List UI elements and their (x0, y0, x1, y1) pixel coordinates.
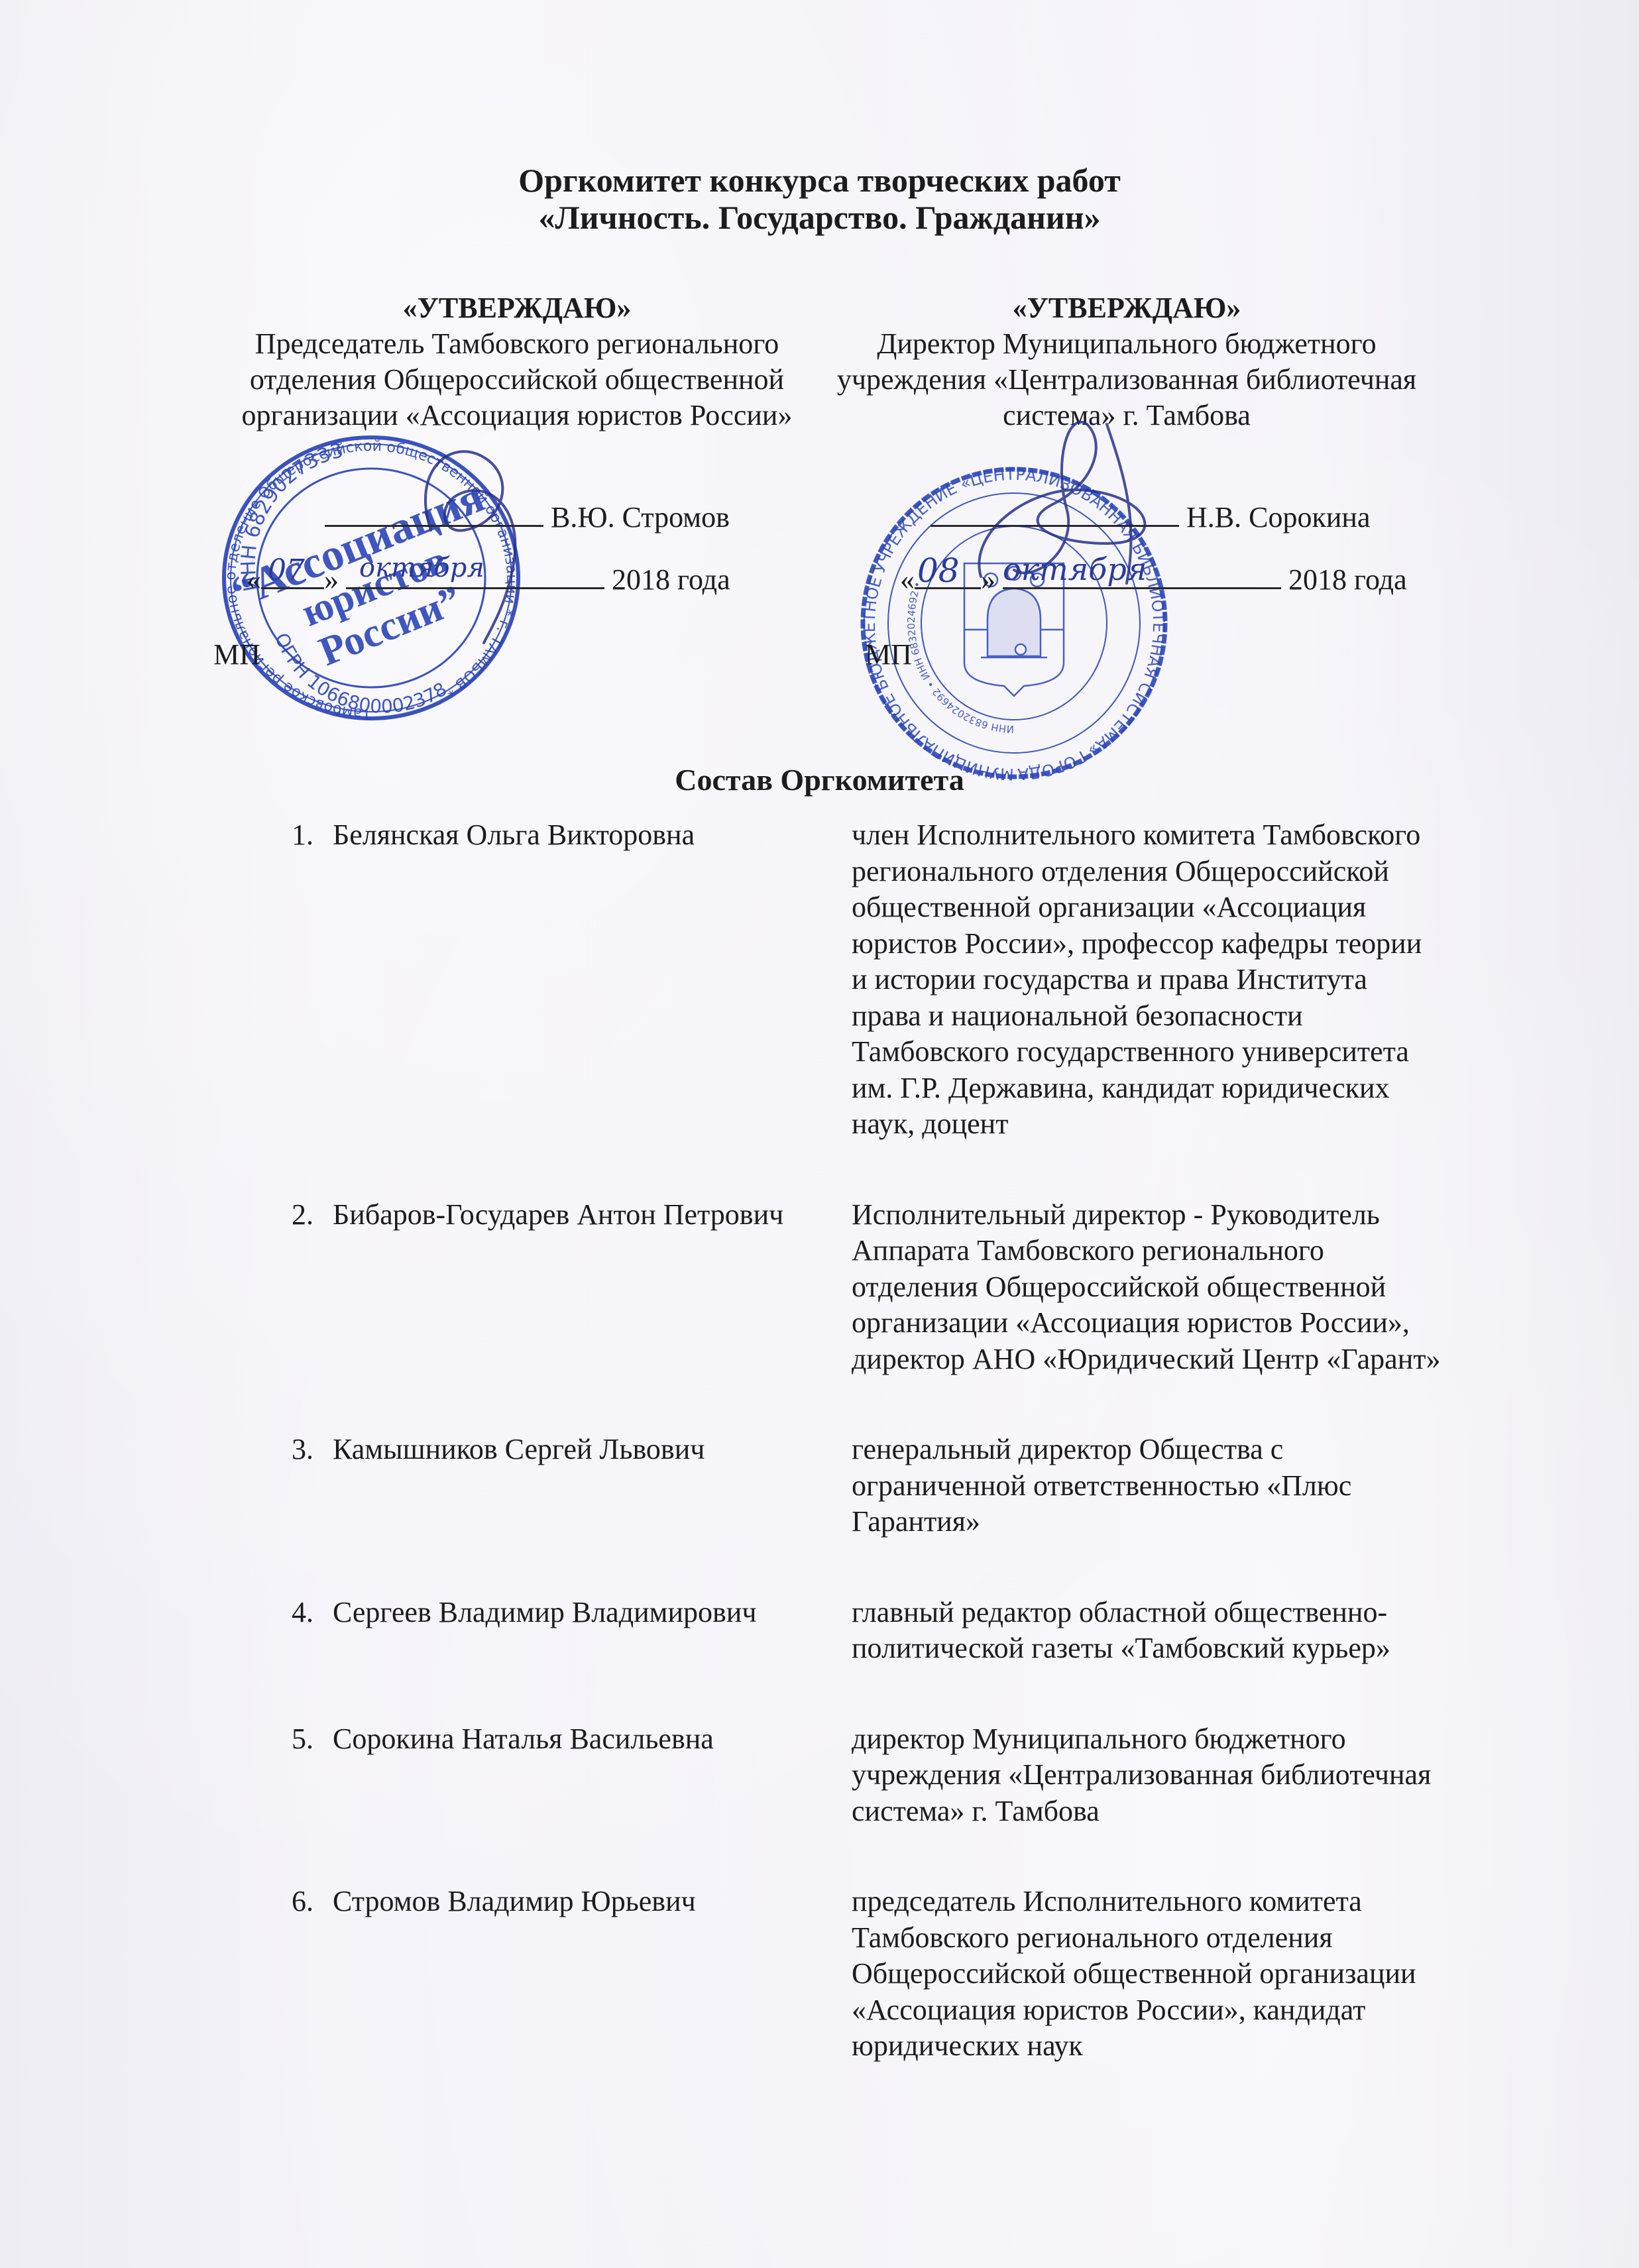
member-number: 3. (292, 1432, 331, 1468)
date-month-field: октября (346, 561, 604, 589)
date-day-field: 08 (915, 561, 981, 589)
member-description-line: учреждения «Централизованная библиотечна… (852, 1757, 1501, 1793)
date-line-right: «08» октября 2018 года (900, 561, 1407, 598)
member-description-line: Тамбовского государственного университет… (852, 1034, 1501, 1070)
seal-label-left: МП (213, 638, 260, 671)
signature-field-right (931, 498, 1179, 527)
member-number: 6. (292, 1884, 331, 1920)
date-month-handwritten: октября (1003, 551, 1147, 587)
member-description-line: Общероссийской общественной организации (852, 1956, 1501, 1992)
date-month-field: октября (1003, 561, 1281, 589)
member-description-line: юридических наук (852, 2028, 1501, 2065)
member-name: Бибаров-Государев Антон Петрович (333, 1197, 783, 1233)
member-description-line: юристов России», профессор кафедры теори… (852, 926, 1501, 962)
member-number: 2. (292, 1197, 331, 1233)
member-number: 1. (292, 817, 331, 854)
member-name: Камышников Сергей Львович (333, 1432, 705, 1468)
member-number: 4. (292, 1595, 331, 1631)
approval-position-line: отделения Общероссийской общественной (219, 362, 815, 398)
approval-block-right: «УТВЕРЖДАЮ» Директор Муниципального бюдж… (828, 290, 1425, 433)
member-description: член Исполнительного комитета Тамбовског… (852, 817, 1501, 1143)
seal-label-right: МП (865, 638, 912, 671)
member-description-line: наук, доцент (852, 1106, 1501, 1143)
member-description-line: им. Г.Р. Державина, кандидат юридических (852, 1070, 1501, 1107)
document-title: Оргкомитет конкурса творческих работ «Ли… (0, 162, 1639, 236)
member-description-line: директор АНО «Юридический Центр «Гарант» (852, 1341, 1501, 1378)
member-description-line: общественной организации «Ассоциация (852, 889, 1501, 926)
signature-line-left: В.Ю. Стромов (325, 498, 730, 536)
member-name: Сергеев Владимир Владимирович (333, 1595, 756, 1631)
member-description: Исполнительный директор - РуководительАп… (852, 1197, 1501, 1378)
date-year: 2018 года (612, 563, 730, 596)
date-day-handwritten: 08 (917, 553, 960, 589)
member-description-line: права и национальной безопасности (852, 998, 1501, 1035)
member-description-line: «Ассоциация юристов России», кандидат (852, 1992, 1501, 2029)
approval-position-line: Председатель Тамбовского регионального (219, 326, 815, 362)
member-description-line: Аппарата Тамбовского регионального (852, 1233, 1501, 1269)
approval-heading: «УТВЕРЖДАЮ» (219, 290, 815, 326)
signatory-name: В.Ю. Стромов (551, 501, 730, 534)
signature-field-left (325, 498, 543, 527)
member-description-line: организации «Ассоциация юристов России», (852, 1305, 1501, 1341)
member-name: Стромов Владимир Юрьевич (333, 1884, 696, 1920)
date-day-handwritten: 07 (268, 553, 305, 589)
member-description-line: Исполнительный директор - Руководитель (852, 1197, 1501, 1233)
member-name: Сорокина Наталья Васильевна (333, 1721, 714, 1758)
member-description-line: Гарантия» (852, 1504, 1501, 1540)
approval-position-line: организации «Ассоциация юристов России» (219, 398, 815, 433)
member-description-line: ограниченной ответственностью «Плюс (852, 1468, 1501, 1504)
member-description-line: главный редактор областной общественно- (852, 1595, 1501, 1631)
title-line-2: «Личность. Государство. Гражданин» (0, 199, 1639, 236)
member-description-line: регионального отделения Общероссийской (852, 854, 1501, 890)
committee-title: Состав Оргкомитета (0, 762, 1639, 797)
member-description-line: и истории государства и права Института (852, 962, 1501, 998)
member-description-line: система» г. Тамбова (852, 1793, 1501, 1830)
member-description-line: Тамбовского регионального отделения (852, 1920, 1501, 1956)
member-description-line: генеральный директор Общества с (852, 1432, 1501, 1468)
member-description-line: член Исполнительного комитета Тамбовског… (852, 817, 1501, 854)
signature-line-right: Н.В. Сорокина (931, 498, 1370, 536)
approval-position-line: учреждения «Централизованная библиотечна… (828, 362, 1425, 398)
member-description: председатель Исполнительного комитетаТам… (852, 1884, 1501, 2065)
member-description: директор Муниципального бюджетногоучрежд… (852, 1721, 1501, 1830)
member-description-line: председатель Исполнительного комитета (852, 1884, 1501, 1920)
approval-position-line: система» г. Тамбова (828, 398, 1425, 433)
member-description-line: политической газеты «Тамбовский курьер» (852, 1630, 1501, 1667)
member-description: генеральный директор Общества сограничен… (852, 1432, 1501, 1540)
member-name: Белянская Ольга Викторовна (333, 817, 695, 854)
date-day-field: 07 (261, 561, 324, 589)
member-number: 5. (292, 1721, 331, 1758)
date-month-handwritten: октября (359, 550, 484, 586)
member-description-line: директор Муниципального бюджетного (852, 1721, 1501, 1758)
member-description-line: отделения Общероссийской общественной (852, 1269, 1501, 1306)
member-description: главный редактор областной общественно-п… (852, 1595, 1501, 1667)
approval-heading: «УТВЕРЖДАЮ» (828, 290, 1425, 326)
title-line-1: Оргкомитет конкурса творческих работ (0, 162, 1639, 199)
signatory-name: Н.В. Сорокина (1186, 501, 1370, 534)
date-year: 2018 года (1288, 563, 1407, 596)
date-line-left: «07» октября 2018 года (247, 561, 730, 598)
approval-position-line: Директор Муниципального бюджетного (828, 326, 1425, 362)
approval-block-left: «УТВЕРЖДАЮ» Председатель Тамбовского рег… (219, 290, 815, 433)
